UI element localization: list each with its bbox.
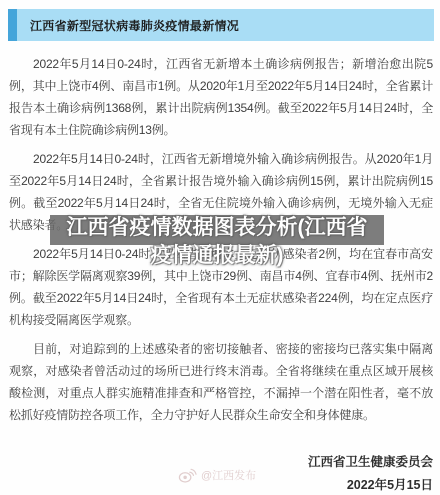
watermark: @江西发布 bbox=[178, 467, 256, 483]
title-overlay: 江西省疫情数据图表分析(江西省 疫情通报最新) bbox=[50, 214, 384, 270]
watermark-handle: @江西发布 bbox=[201, 467, 256, 483]
header-bar: 江西省新型冠状病毒肺炎疫情最新情况 bbox=[8, 9, 434, 41]
announcement-image: 江西省新型冠状病毒肺炎疫情最新情况 2022年5月14日0-24时，江西省无新增… bbox=[0, 0, 440, 495]
issuing-org: 江西省卫生健康委员会 bbox=[308, 451, 433, 474]
signature-block: 江西省卫生健康委员会 2022年5月15日 bbox=[308, 451, 433, 495]
weibo-icon bbox=[178, 467, 197, 483]
header-accent-bar bbox=[8, 9, 17, 41]
overlay-title-line2: 疫情通报最新) bbox=[50, 242, 384, 270]
overlay-title: 江西省疫情数据图表分析(江西省 疫情通报最新) bbox=[50, 214, 384, 270]
paragraph-control-measures: 目前，对追踪到的上述感染者的密切接触者、密接的密接均已落实集中隔离观察，对感染者… bbox=[9, 338, 433, 426]
issue-date: 2022年5月15日 bbox=[308, 474, 433, 495]
paragraph-local-confirmed-cases: 2022年5月14日0-24时，江西省无新增本土确诊病例报告；新增治愈出院5例，… bbox=[9, 53, 433, 141]
page-title: 江西省新型冠状病毒肺炎疫情最新情况 bbox=[17, 17, 239, 34]
overlay-title-line1: 江西省疫情数据图表分析(江西省 bbox=[50, 214, 384, 242]
